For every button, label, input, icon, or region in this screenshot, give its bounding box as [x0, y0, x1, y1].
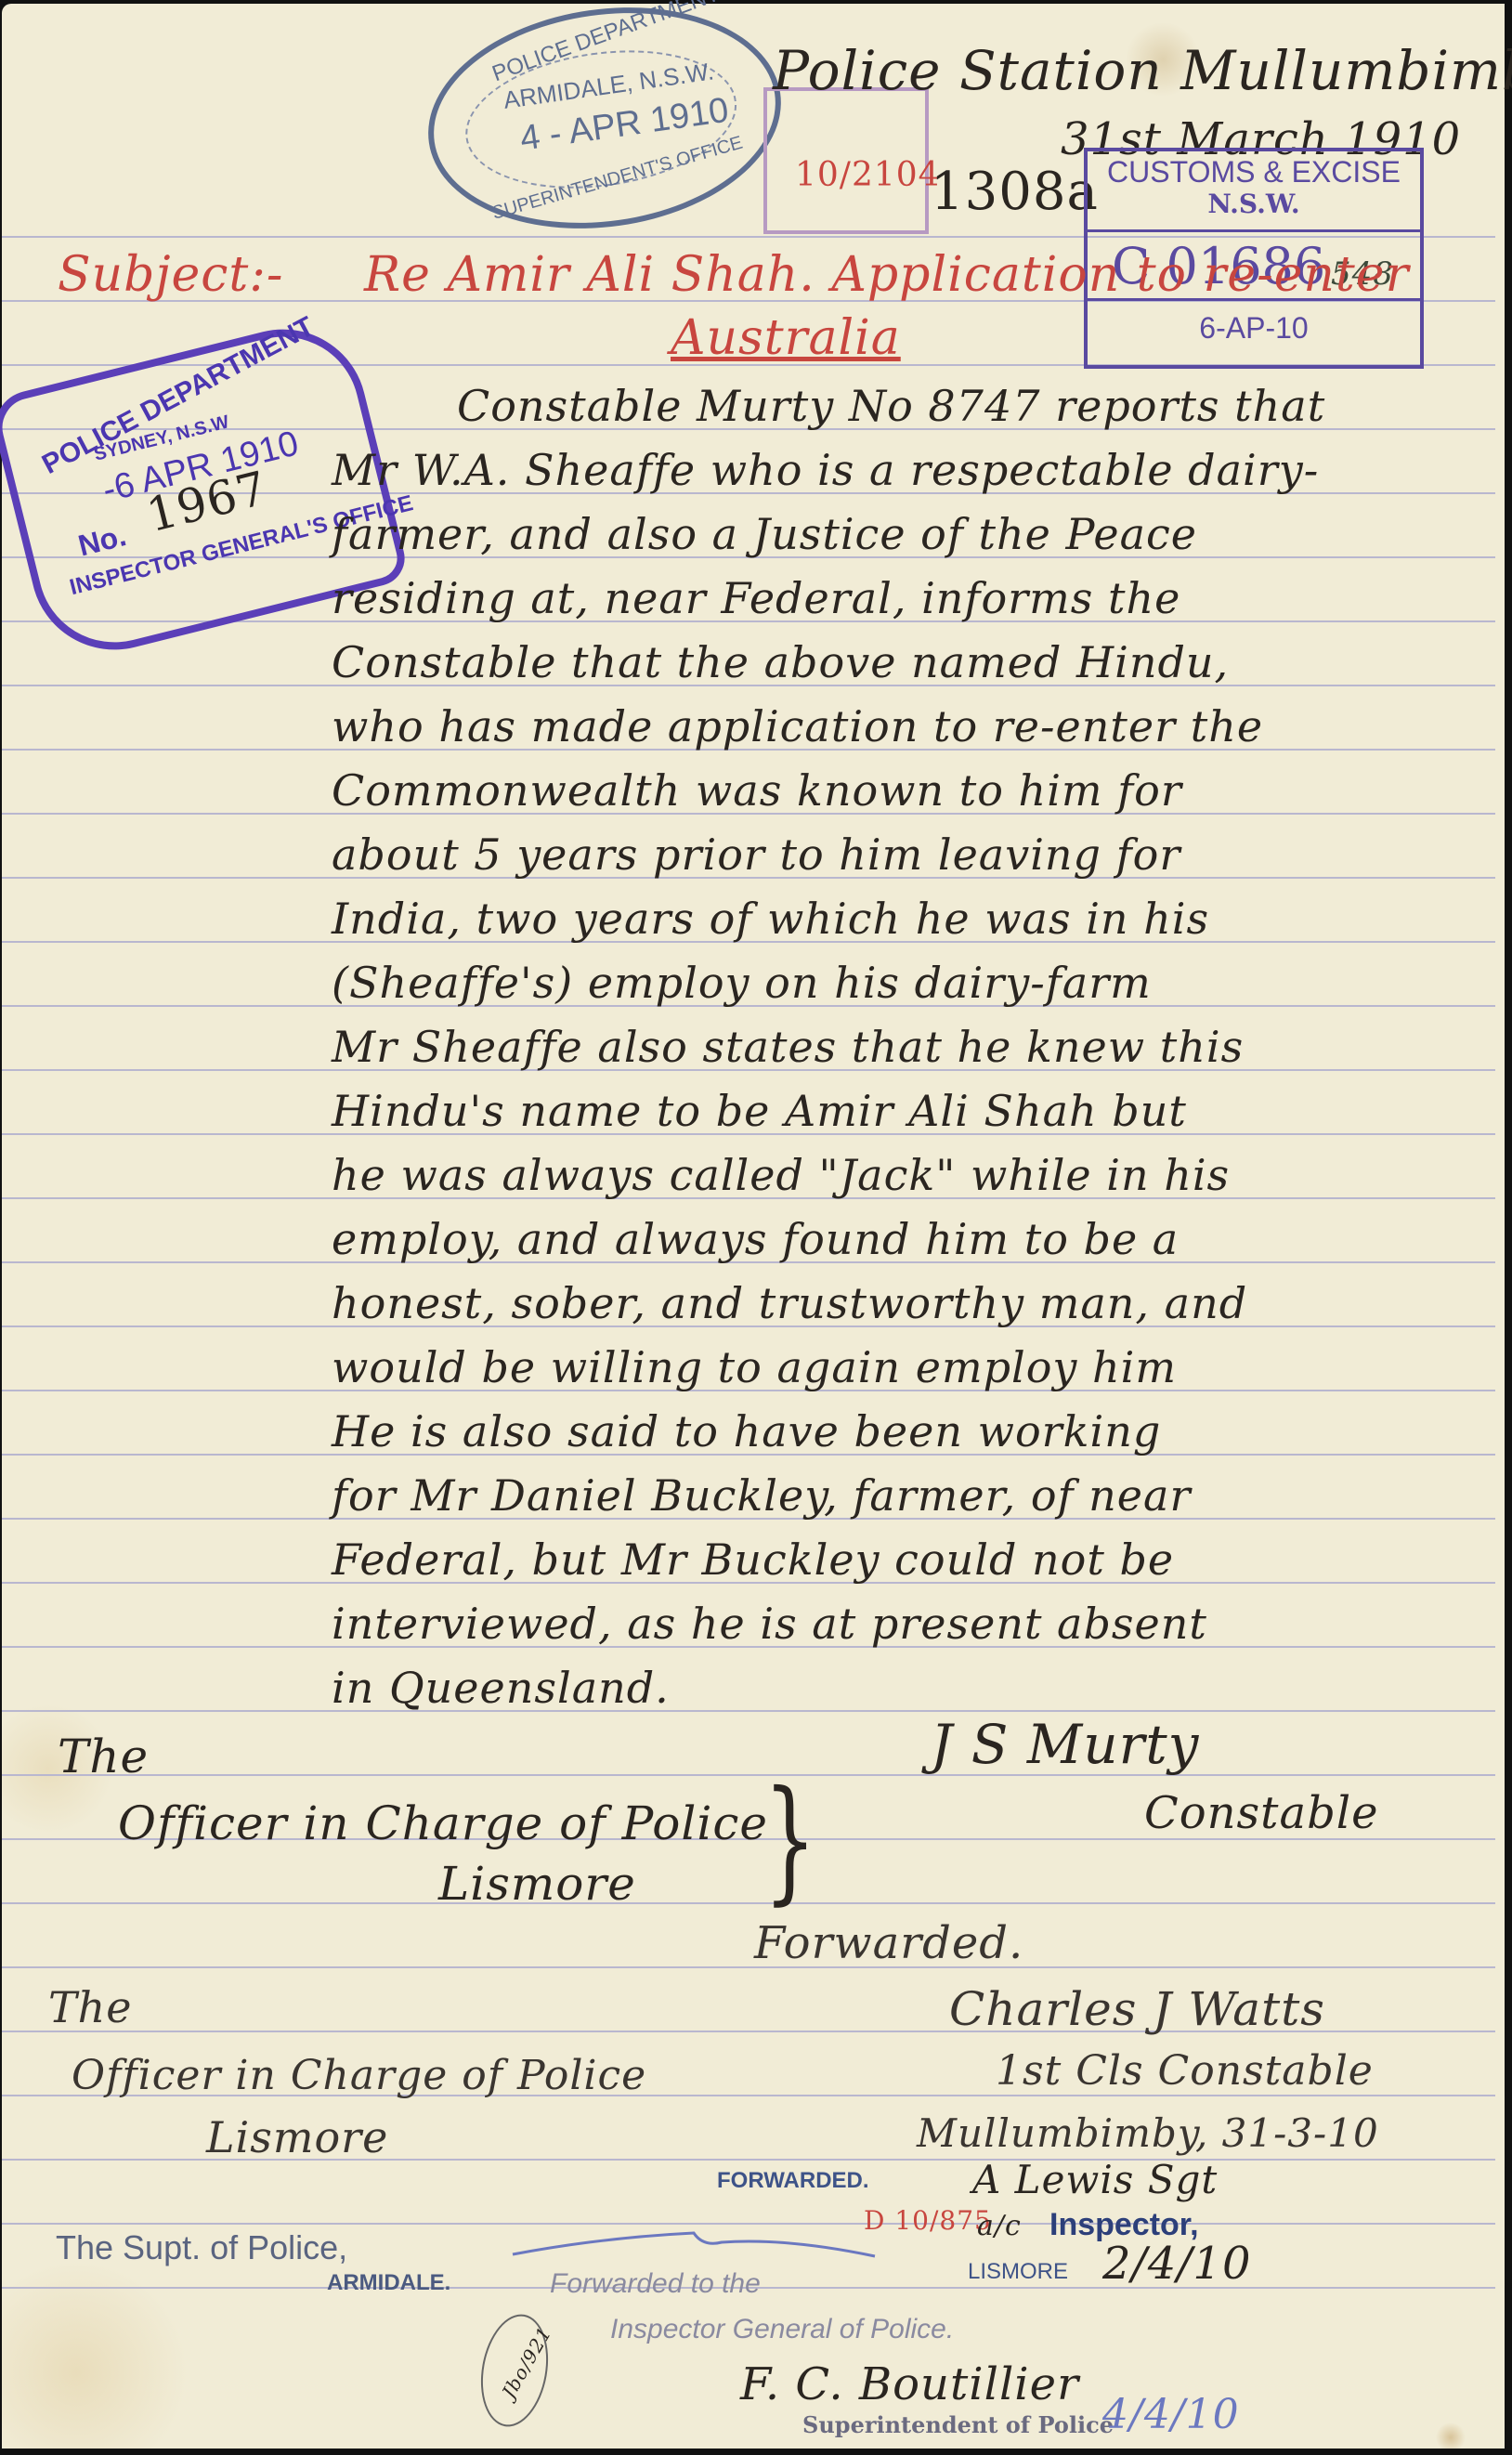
body-line: about 5 years prior to him leaving for: [332, 829, 1180, 880]
supt-place: ARMIDALE.: [327, 2270, 450, 2296]
addressee-2-the: The: [48, 1982, 133, 2032]
body-line: Commonwealth was known to him for: [332, 765, 1182, 816]
customs-line2: N.S.W.: [1088, 189, 1420, 219]
supt-title: Superintendent of Police: [802, 2411, 1114, 2438]
body-line: Mr W.A. Sheaffe who is a respectable dai…: [332, 445, 1319, 495]
body-line: India, two years of which he was in his: [332, 894, 1209, 944]
body-line: who has made application to re-enter the: [332, 701, 1263, 751]
body-line: interviewed, as he is at present absent: [332, 1599, 1207, 1649]
ruled-line: [2, 1902, 1495, 1904]
body-line: in Queensland.: [332, 1663, 670, 1713]
flourish-line: [508, 2228, 880, 2266]
sydney-stamp-no-label: No.: [75, 518, 130, 563]
station-heading: Police Station Mullumbimby: [773, 39, 1512, 102]
subject-label: Subject:-: [58, 247, 283, 303]
addressee-1-the: The: [58, 1730, 149, 1783]
circled-note: Jbo/921: [473, 2309, 556, 2432]
customs-line1: CUSTOMS & EXCISE: [1088, 155, 1420, 189]
body-line: employ, and always found him to be a: [332, 1214, 1179, 1264]
document-page: POLICE DEPARTMENT ARMIDALE, N.S.W. 4 - A…: [2, 4, 1505, 2448]
supt-date: 4/4/10: [1102, 2391, 1240, 2438]
signature-murty: J S Murty: [931, 1713, 1199, 1776]
forwarded-date: 2/4/10: [1102, 2238, 1252, 2290]
body-line: would be willing to again employ him: [332, 1342, 1177, 1392]
ruled-line: [2, 2223, 1495, 2225]
body-line: Constable that the above named Hindu,: [332, 637, 1229, 687]
supt-forwarded-line2: Inspector General of Police.: [610, 2314, 954, 2345]
addressee-1-line2: Lismore: [438, 1857, 636, 1911]
signature-watts: Charles J Watts: [949, 1982, 1325, 2036]
reference-number: 1308a: [931, 162, 1099, 222]
subject-text: Re Amir Ali Shah. Application to re-ente…: [364, 247, 1409, 303]
addressee-2-line1: Officer in Charge of Police: [72, 2052, 646, 2099]
supt-forwarded-line1: Forwarded to the: [550, 2268, 761, 2300]
body-line: Hindu's name to be Amir Ali Shah but: [332, 1086, 1187, 1136]
signature-murty-title: Constable: [1144, 1787, 1379, 1839]
supt-signature: F. C. Boutillier: [740, 2358, 1079, 2410]
armidale-stamp: POLICE DEPARTMENT ARMIDALE, N.S.W. 4 - A…: [414, 0, 796, 250]
forwarded-stamp-label: FORWARDED.: [717, 2168, 869, 2194]
received-stamp-box: 10/2104: [763, 87, 929, 234]
body-line: residing at, near Federal, informs the: [332, 573, 1180, 623]
body-line: Mr Sheaffe also states that he knew this: [332, 1022, 1244, 1072]
supt-label: The Supt. of Police,: [56, 2228, 347, 2267]
addressee-1-line1: Officer in Charge of Police: [118, 1796, 768, 1850]
body-line: Constable Murty No 8747 reports that: [457, 381, 1325, 431]
forwarded-acting: a/c: [977, 2210, 1022, 2242]
ruled-line: [2, 1966, 1495, 1968]
red-reference: 10/2104: [795, 156, 941, 194]
forwarded-red-ref: D 10/875: [864, 2205, 992, 2236]
forwarded-place: LISMORE: [968, 2259, 1068, 2285]
body-line: farmer, and also a Justice of the Peace: [332, 509, 1197, 559]
body-line: for Mr Daniel Buckley, farmer, of near: [332, 1470, 1191, 1521]
body-line: (Sheaffe's) employ on his dairy-farm: [332, 958, 1152, 1008]
customs-date: 6-AP-10: [1088, 311, 1420, 346]
ruled-line: [2, 1774, 1495, 1776]
signature-watts-title: 1st Cls Constable: [996, 2047, 1374, 2095]
brace: }: [763, 1763, 817, 1919]
body-line: Federal, but Mr Buckley could not be: [332, 1534, 1174, 1585]
body-line: honest, sober, and trustworthy man, and: [332, 1278, 1247, 1328]
subject-text-2: Australia: [671, 310, 901, 366]
ruled-line: [2, 1710, 1495, 1712]
body-line: he was always called "Jack" while in his: [332, 1150, 1230, 1200]
addressee-2-line2: Lismore: [206, 2112, 388, 2162]
forwarded-note: Forwarded.: [754, 1917, 1023, 1969]
body-line: He is also said to have been working: [332, 1406, 1161, 1456]
forwarded-signature: A Lewis Sgt: [972, 2157, 1218, 2202]
signature-watts-place-date: Mullumbimby, 31-3-10: [917, 2110, 1379, 2156]
